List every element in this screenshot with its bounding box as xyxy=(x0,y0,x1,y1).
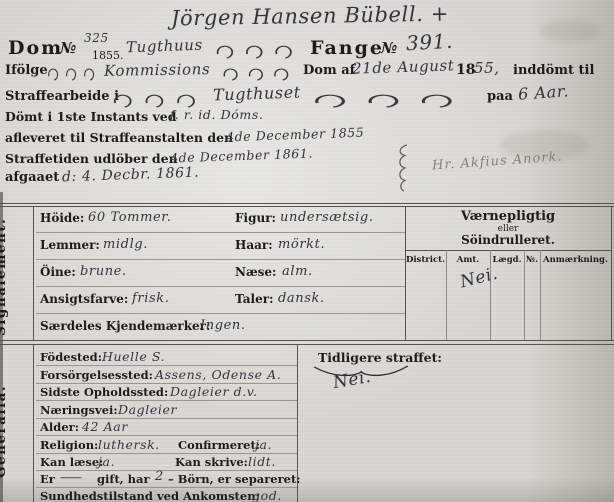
term-entry: 6 Aar. xyxy=(517,81,569,104)
straffearbeide-entry: Tugthuset xyxy=(213,82,301,104)
field-value: Assens, Odense A. xyxy=(155,367,281,382)
straffearbeide-label: Straffearbeide i xyxy=(5,89,119,104)
dom-year: 1855. xyxy=(92,49,124,62)
pen-flourish xyxy=(222,67,298,82)
field-value: Dagleier xyxy=(118,402,177,417)
ifolge-entry: Kommissions xyxy=(104,60,211,80)
instants-label: Dömt i 1ste Instants ved xyxy=(5,109,177,124)
pen-flourish xyxy=(312,93,472,109)
field-value: god. xyxy=(252,488,282,502)
dom-no-sign: № xyxy=(60,39,76,57)
field-value: Huelle S. xyxy=(102,349,165,364)
field-value: alm. xyxy=(282,264,313,279)
paa-label: paa xyxy=(487,89,513,104)
dom-label: Dom xyxy=(8,37,63,59)
dom-af-label: Dom af xyxy=(303,63,355,78)
field-value: undersætsig. xyxy=(280,210,374,225)
row-rule xyxy=(36,435,297,436)
field-label: Næse: xyxy=(235,265,277,279)
ifolge-label: Ifölge xyxy=(5,63,48,78)
row-rule xyxy=(36,418,297,419)
table-rule xyxy=(0,340,614,341)
field-label: Figur: xyxy=(235,211,276,225)
column-header: Amt. xyxy=(446,255,490,265)
field-label: gift, har xyxy=(97,472,150,486)
fange-label: Fange xyxy=(310,37,384,59)
prisoner-name: Jörgen Hansen Bübell. + xyxy=(120,1,500,32)
fange-no-sign: № xyxy=(381,39,397,57)
field-label: Haar: xyxy=(235,238,273,252)
dom-date-entry: 21de August xyxy=(352,56,455,78)
fange-number: 391. xyxy=(405,29,453,55)
column-header: Anmærkning. xyxy=(540,255,611,265)
field-label: Alder: xyxy=(40,420,79,434)
field-label: Ansigtsfarve: xyxy=(40,292,128,306)
field-label: Confirmeret: xyxy=(178,438,260,452)
field-value: mörkt. xyxy=(278,237,325,252)
field-label: Religion: xyxy=(40,438,98,452)
signalement-section-label: Signalement. xyxy=(0,218,9,336)
field-value: Ingen. xyxy=(200,318,246,333)
field-value: lidt. xyxy=(248,454,276,469)
afgaaet-entry: d: 4. Decbr. 1861. xyxy=(62,165,200,186)
field-value: Dagleier d.v. xyxy=(170,384,258,399)
blank-line: —— xyxy=(60,470,81,484)
field-label: Sundhedstilstand ved Ankomsten: xyxy=(40,489,260,502)
field-value: 60 Tommer. xyxy=(88,210,171,225)
row-rule xyxy=(36,365,297,366)
pen-flourish xyxy=(47,67,101,82)
field-label: Kan læse: xyxy=(40,455,103,469)
dom-number: 325 xyxy=(84,31,109,45)
table-rule xyxy=(0,203,614,204)
straffetid-entry: 4de December 1861. xyxy=(170,146,313,166)
inddomt-label: inddömt til xyxy=(513,63,594,78)
dom-protocol-entry: Tugthuus xyxy=(126,36,203,57)
pen-flourish xyxy=(215,44,303,60)
row-rule xyxy=(36,400,297,401)
afgaaet-label: afgaaet xyxy=(5,170,59,185)
vaernepligt-entry: Nei. xyxy=(458,264,500,293)
afleveret-label: afleveret til Straffeanstalten den xyxy=(5,130,233,145)
table-rule xyxy=(0,344,614,345)
field-label: Sidste Opholdssted: xyxy=(40,385,168,399)
instants-entry: f. r. id. Dóms. xyxy=(170,107,263,122)
table-rule xyxy=(33,344,34,502)
table-rule xyxy=(0,206,614,207)
table-rule xyxy=(405,250,611,251)
row-rule xyxy=(36,313,405,314)
scan-smudge xyxy=(540,20,600,42)
row-rule xyxy=(36,232,405,233)
vaernepligt-title: Værnepligtig xyxy=(405,209,611,224)
field-value: frisk. xyxy=(132,291,169,306)
field-label: Næringsvei: xyxy=(40,403,118,417)
table-rule xyxy=(611,206,612,340)
field-label: Höide: xyxy=(40,211,84,225)
table-rule xyxy=(33,206,34,340)
field-value: brune. xyxy=(80,264,127,279)
field-value: luthersk. xyxy=(98,437,160,452)
field-label: Kan skrive: xyxy=(175,455,248,469)
field-value: midlg. xyxy=(103,237,148,252)
year-print: 18 xyxy=(456,62,475,78)
year-hand: 55, xyxy=(474,59,500,77)
row-rule xyxy=(36,259,405,260)
field-label: Forsörgelsessted: xyxy=(40,368,153,382)
row-rule xyxy=(36,286,405,287)
column-header: District. xyxy=(405,255,446,265)
field-value: ja. xyxy=(98,454,115,469)
field-label: Lemmer: xyxy=(40,238,100,252)
field-label: Öine: xyxy=(40,265,76,279)
field-label: Födested: xyxy=(40,350,102,364)
field-value: 2 xyxy=(155,469,164,484)
field-value: dansk. xyxy=(278,291,325,306)
field-label: – Börn, er separeret: xyxy=(168,472,301,486)
field-label: Særdeles Kjendemærker: xyxy=(40,319,210,333)
field-value: ja. xyxy=(255,437,272,452)
afleveret-entry: 4de December 1855 xyxy=(226,125,365,145)
field-value: 42 Aar xyxy=(82,419,128,434)
pen-squiggle xyxy=(395,143,411,193)
field-label: Er xyxy=(40,472,55,486)
column-header: №. xyxy=(524,255,540,265)
generalia-section-label: Generalia. xyxy=(0,385,9,478)
vaernepligt-title2: Söindrulleret. xyxy=(405,233,611,247)
straffetid-label: Straffetiden udlöber den xyxy=(5,151,178,166)
field-label: Taler: xyxy=(235,292,274,306)
prison-record-sheet: Jörgen Hansen Bübell. + Dom № 325 1855. … xyxy=(0,0,614,502)
tidligere-label: Tidligere straffet: xyxy=(318,350,442,365)
